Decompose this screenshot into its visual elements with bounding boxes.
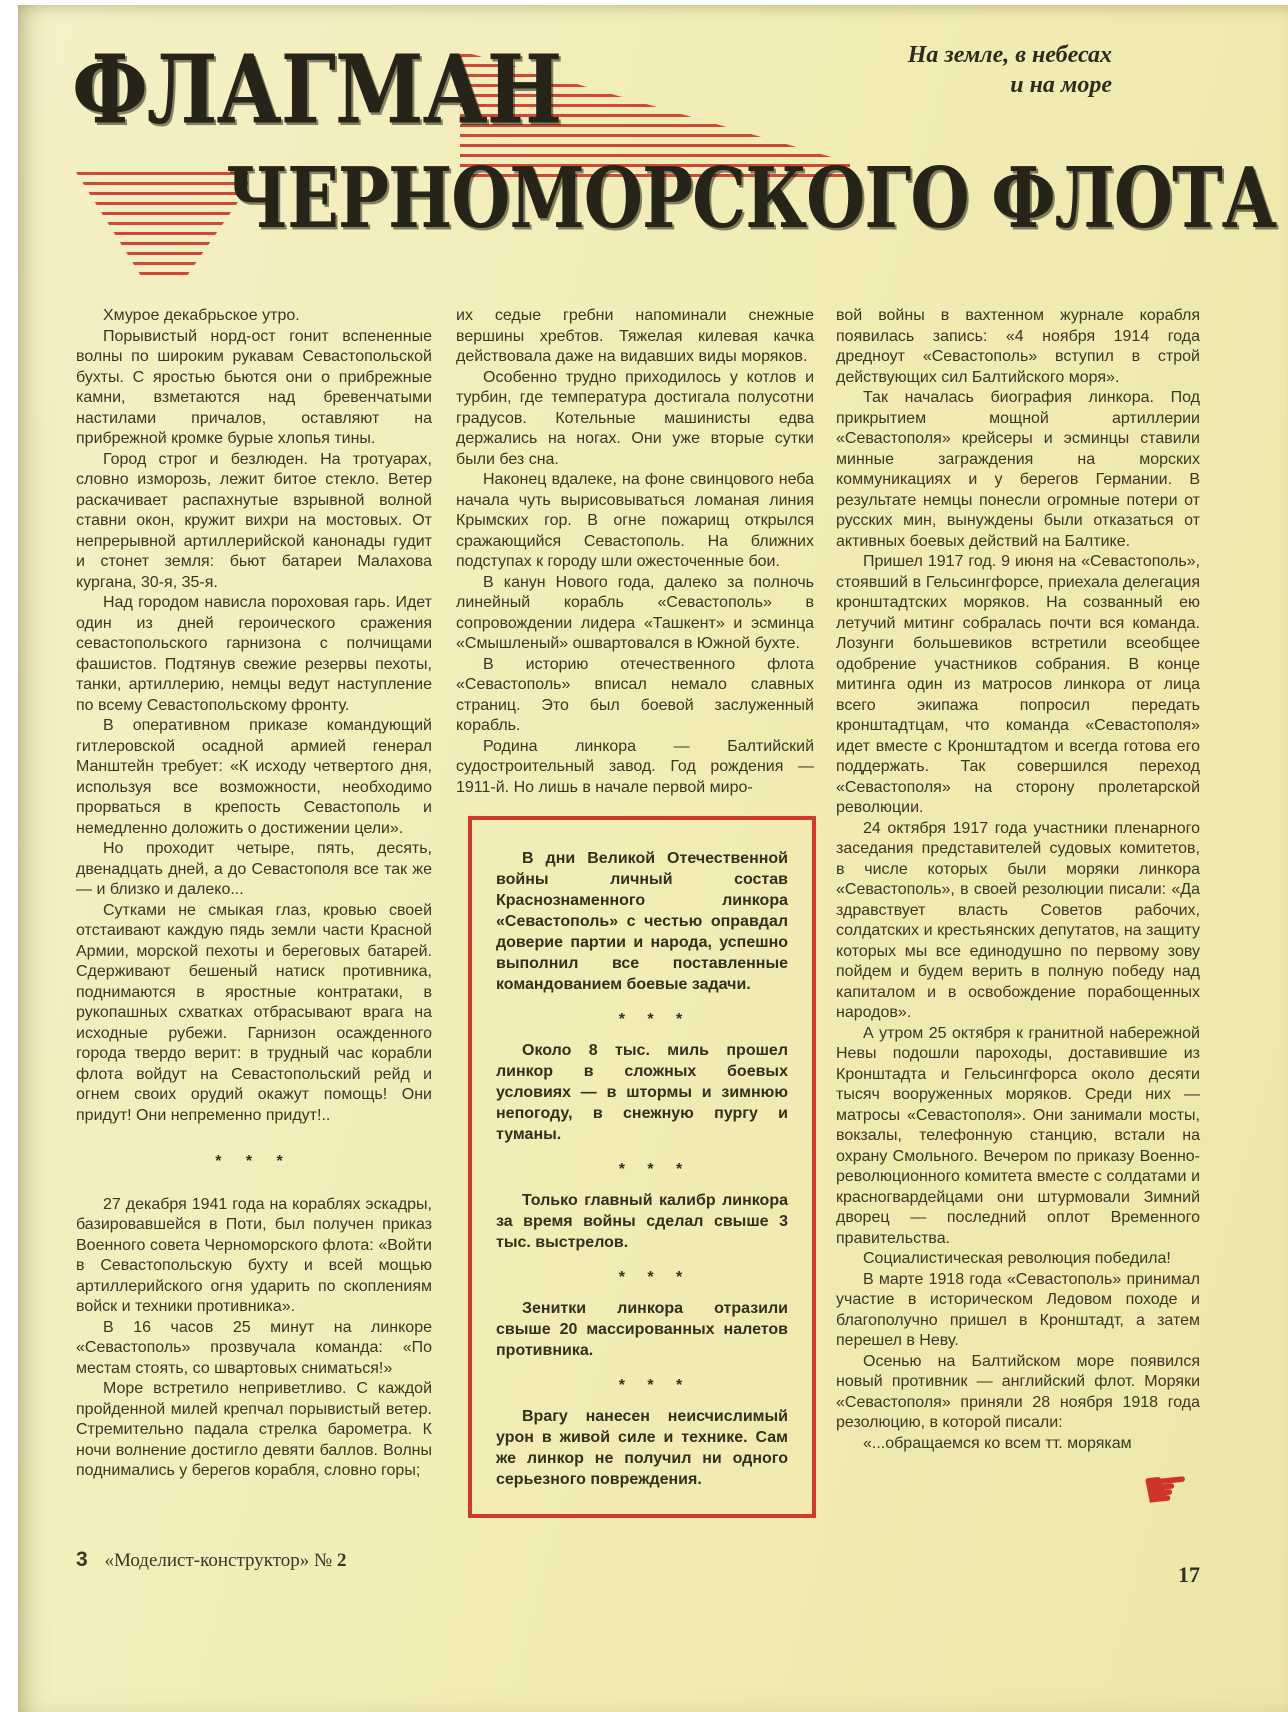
rubric-kicker-line2: и на море bbox=[908, 70, 1112, 100]
paragraph: Город строг и безлюден. На тротуарах, сл… bbox=[76, 450, 432, 594]
paragraph: Хмурое декабрьское утро. bbox=[76, 306, 432, 327]
paragraph: Пришел 1917 год. 9 июня на «Севастополь»… bbox=[836, 552, 1200, 819]
paragraph: В оперативном приказе командующий гитлер… bbox=[76, 716, 432, 839]
section-separator: * * * bbox=[496, 1253, 788, 1298]
text-column-2: их седые гребни напоминали снежные верши… bbox=[456, 306, 814, 1518]
paragraph: Родина линкора — Балтийский судостроител… bbox=[456, 737, 814, 799]
paragraph: Порывистый норд-ост гонит вспененные вол… bbox=[76, 327, 432, 450]
paragraph: Так началась биография линкора. Под прик… bbox=[836, 388, 1200, 552]
paragraph: Особенно трудно приходилось у котлов и т… bbox=[456, 368, 814, 471]
paragraph: Около 8 тыс. миль прошел линкор в сложны… bbox=[496, 1040, 788, 1145]
section-separator: * * * bbox=[496, 1145, 788, 1190]
section-separator: * * * bbox=[496, 995, 788, 1040]
page-number: 17 bbox=[1178, 1562, 1200, 1588]
issue-number: 2 bbox=[337, 1550, 347, 1571]
paragraph: вой войны в вахтенном журнале корабля по… bbox=[836, 306, 1200, 388]
paragraph: 24 октября 1917 года участники пленарног… bbox=[836, 819, 1200, 1024]
text-column-3: вой войны в вахтенном журнале корабля по… bbox=[836, 306, 1200, 1454]
paragraph: «...обращаемся ко всем тт. морякам bbox=[836, 1434, 1200, 1455]
article-title-line2: ЧЕРНОМОРСКОГО ФЛОТА bbox=[226, 150, 1276, 248]
paragraph: Осенью на Балтийском море появился новый… bbox=[836, 1352, 1200, 1434]
imprint: 3 «Моделист-конструктор» № 2 bbox=[76, 1548, 346, 1572]
paragraph: В марте 1918 года «Севастополь» принимал… bbox=[836, 1270, 1200, 1352]
paragraph: А утром 25 октября к гранитной набережно… bbox=[836, 1024, 1200, 1250]
rubric-kicker-line1: На земле, в небесах bbox=[908, 40, 1112, 70]
text-column-2-body: их седые гребни напоминали снежные верши… bbox=[456, 306, 814, 798]
printer-signature-number: 3 bbox=[76, 1548, 88, 1571]
paragraph: Но проходит четыре, пять, десять, двенад… bbox=[76, 839, 432, 901]
paragraph: Наконец вдалеке, на фоне свинцового неба… bbox=[456, 470, 814, 573]
paragraph: Врагу нанесен неисчислимый урон в живой … bbox=[496, 1406, 788, 1490]
paragraph: Социалистическая революция победила! bbox=[836, 1249, 1200, 1270]
paragraph: Над городом нависла пороховая гарь. Идет… bbox=[76, 593, 432, 716]
paragraph: В дни Великой Отечественной войны личный… bbox=[496, 848, 788, 995]
paragraph: Зенитки линкора отразили свыше 20 массир… bbox=[496, 1298, 788, 1361]
rubric-kicker: На земле, в небесах и на море bbox=[908, 40, 1112, 100]
paragraph: В 16 часов 25 минут на линкоре «Севастоп… bbox=[76, 1318, 432, 1380]
imprint-text: «Моделист-конструктор» № bbox=[104, 1550, 332, 1571]
section-separator: * * * bbox=[76, 1126, 432, 1195]
paragraph: их седые гребни напоминали снежные верши… bbox=[456, 306, 814, 368]
paragraph: В историю отечественного флота «Севастоп… bbox=[456, 655, 814, 737]
article-title-line1: ФЛАГМАН bbox=[72, 34, 561, 145]
paragraph: Сутками не смыкая глаз, кровью своей отс… bbox=[76, 901, 432, 1127]
paragraph: В канун Нового года, далеко за полночь л… bbox=[456, 573, 814, 655]
paragraph: Только главный калибр линкора за время в… bbox=[496, 1190, 788, 1253]
paragraph: Море встретило неприветливо. С каждой пр… bbox=[76, 1379, 432, 1482]
section-separator: * * * bbox=[496, 1361, 788, 1406]
highlight-box: В дни Великой Отечественной войны личный… bbox=[468, 816, 816, 1518]
text-column-1: Хмурое декабрьское утро.Порывистый норд-… bbox=[76, 306, 432, 1482]
paragraph: 27 декабря 1941 года на кораблях эскадры… bbox=[76, 1195, 432, 1318]
pointing-hand-icon: ☛ bbox=[1139, 1460, 1193, 1519]
